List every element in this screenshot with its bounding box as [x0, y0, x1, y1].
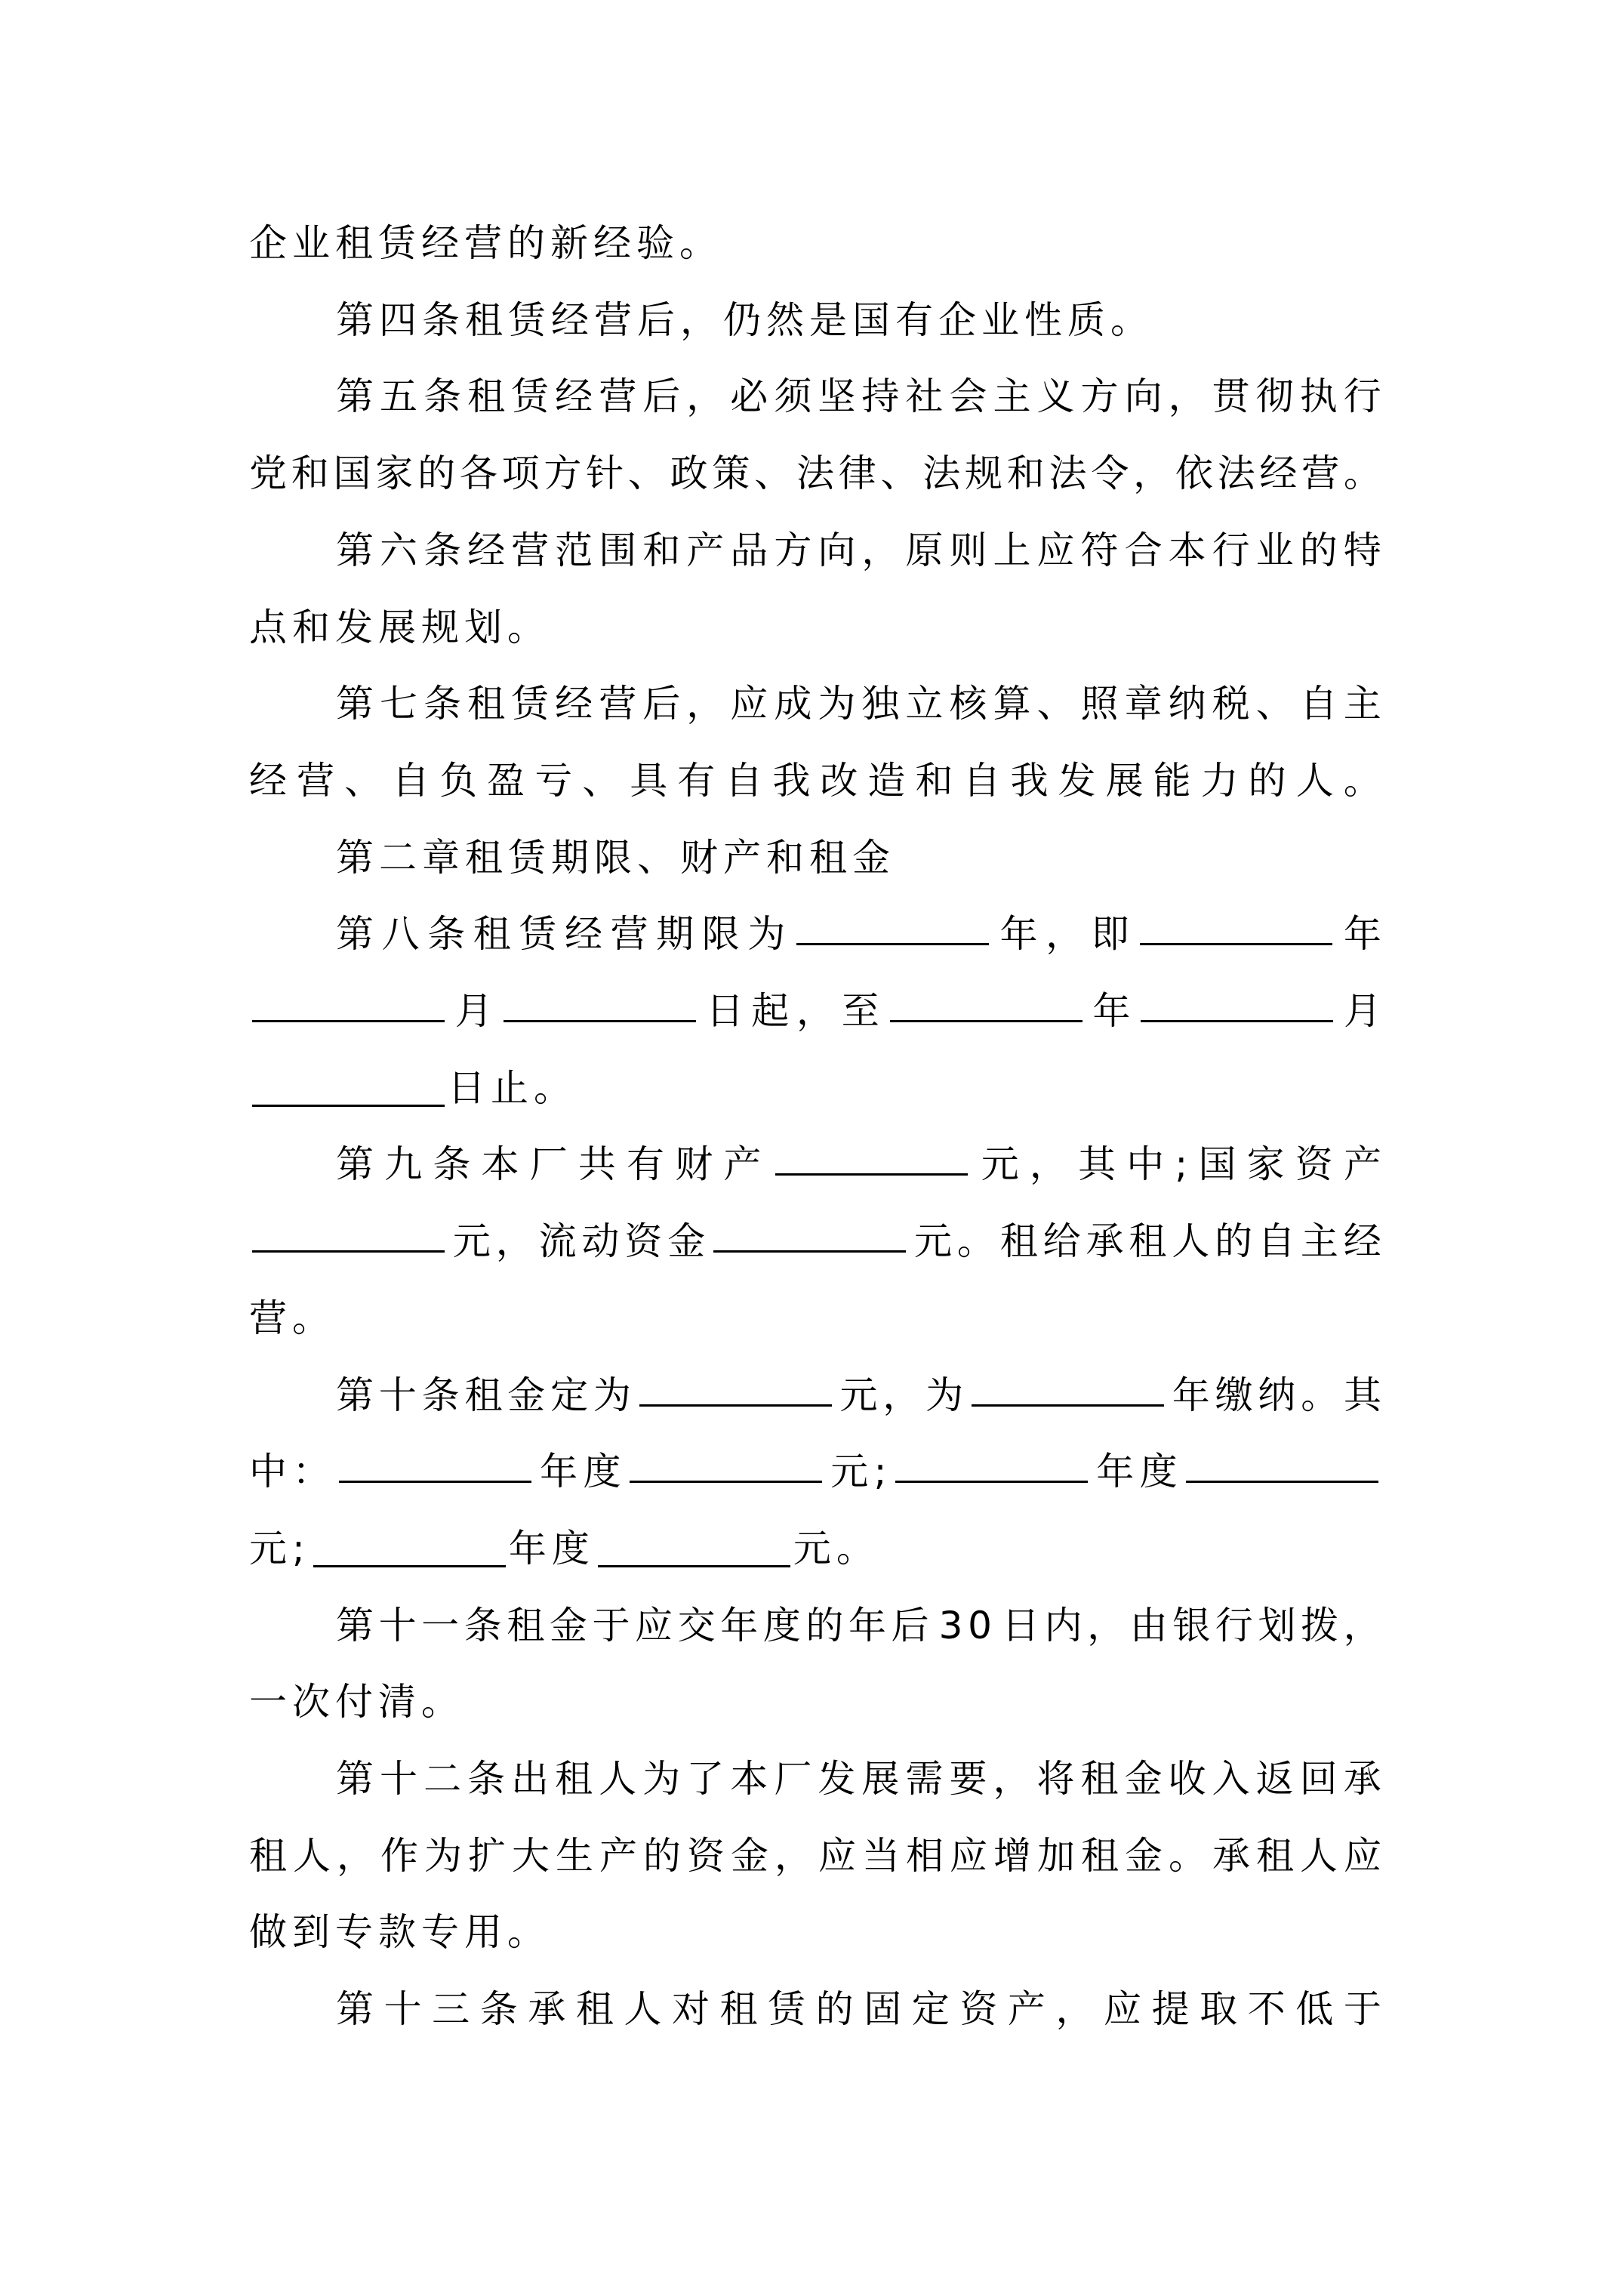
- text-char: 月: [1344, 981, 1381, 1041]
- fill-in-blank: [339, 1441, 531, 1483]
- text-char: ，: [1087, 1595, 1125, 1656]
- text-char: 二: [423, 1749, 461, 1809]
- text-char: 资: [1295, 1134, 1333, 1194]
- text-char: 十: [384, 1979, 422, 2039]
- text-char: 为: [593, 1365, 631, 1425]
- text-char: 应: [818, 1826, 856, 1886]
- text-char: 则: [949, 520, 987, 581]
- text-char: ，: [686, 673, 724, 734]
- text-char: 租: [1256, 1826, 1294, 1886]
- text-char: 金: [550, 1595, 587, 1656]
- text-char: 十: [380, 1749, 417, 1809]
- text-char: 月: [455, 981, 493, 1041]
- text-char: 人: [624, 1979, 661, 2039]
- text-char: 出: [511, 1749, 549, 1809]
- text-char: 缴: [1215, 1365, 1253, 1425]
- text-char: 由: [1130, 1595, 1168, 1656]
- text-char: 要: [949, 1749, 987, 1809]
- text-char: ，: [1030, 1134, 1067, 1194]
- text-char: 共: [578, 1134, 616, 1194]
- text-char: 其: [1078, 1134, 1116, 1194]
- text-line: 第八条租赁经营期限为年，即年: [249, 904, 1381, 964]
- text-line: 第七条租赁经营后，应成为独立核算、照章纳税、自主: [249, 673, 1381, 734]
- text-char: 金: [667, 1211, 705, 1271]
- text-char: 条: [422, 1365, 460, 1425]
- text-char: 年: [1096, 1441, 1134, 1502]
- text-char: 后: [892, 1595, 929, 1656]
- text-char: 条: [433, 1134, 470, 1194]
- text-char: 各: [460, 443, 497, 504]
- text-char: 特: [1344, 520, 1381, 581]
- text-char: ;: [1175, 1134, 1187, 1194]
- text-char: 租: [1000, 1211, 1038, 1271]
- text-char: 和: [642, 520, 680, 581]
- text-char: 元: [840, 1365, 878, 1425]
- text-char: ，: [1046, 904, 1083, 964]
- text-char: 策: [712, 443, 750, 504]
- text-char: 政: [670, 443, 708, 504]
- text-char: 营: [511, 520, 549, 581]
- text-char: 人: [1296, 750, 1334, 811]
- text-char: 原: [905, 520, 943, 581]
- text-segment: 元;: [249, 1518, 310, 1579]
- text-char: 财: [675, 1134, 713, 1194]
- text-char: 内: [1045, 1595, 1083, 1656]
- text-segment: 日止。: [448, 1058, 577, 1118]
- text-char: 品: [730, 520, 768, 581]
- text-char: 了: [686, 1749, 724, 1809]
- text-char: 。: [1169, 1826, 1206, 1886]
- text-char: 于: [1344, 1979, 1381, 2039]
- text-char: 至: [842, 981, 879, 1041]
- fill-in-blank: [252, 1065, 445, 1107]
- text-line: 第十二条出租人为了本厂发展需要，将租金收入返回承: [249, 1749, 1381, 1809]
- text-char: 资: [624, 1211, 662, 1271]
- fill-in-blank: [630, 1441, 822, 1483]
- text-segment: 一次付清。: [249, 1672, 464, 1732]
- text-char: 资: [959, 1979, 997, 2039]
- text-char: 第: [336, 673, 374, 734]
- text-char: 不: [1248, 1979, 1286, 2039]
- text-char: 必: [730, 366, 768, 427]
- text-char: 回: [1300, 1749, 1338, 1809]
- text-char: 租: [1129, 1211, 1166, 1271]
- text-char: 租: [467, 673, 505, 734]
- text-char: 租: [464, 1365, 502, 1425]
- text-char: 产: [723, 1134, 761, 1194]
- text-char: 产: [1008, 1979, 1046, 2039]
- text-char: 为: [424, 1826, 462, 1886]
- text-segment: 第二章租赁期限、财产和租金: [336, 827, 895, 888]
- text-char: 作: [380, 1826, 418, 1886]
- text-char: 法: [922, 443, 960, 504]
- text-char: 租: [555, 1749, 593, 1809]
- fill-in-blank: [252, 1211, 445, 1253]
- text-char: 发: [818, 1749, 855, 1809]
- text-char: 赁: [519, 904, 556, 964]
- text-char: 自: [1258, 1211, 1295, 1271]
- text-char: 九: [384, 1134, 422, 1194]
- text-char: 条: [423, 673, 461, 734]
- text-char: 应: [1104, 1979, 1141, 2039]
- text-char: 定: [912, 1979, 950, 2039]
- text-char: 会: [949, 366, 987, 427]
- text-char: 厂: [774, 1749, 811, 1809]
- text-char: 营: [599, 366, 636, 427]
- text-char: 日: [706, 981, 744, 1041]
- text-char: 第: [336, 520, 374, 581]
- text-char: 租: [576, 1979, 614, 2039]
- text-char: 经: [1344, 1211, 1381, 1271]
- fill-in-blank: [713, 1211, 906, 1253]
- text-char: 社: [905, 366, 943, 427]
- text-char: 于: [592, 1595, 630, 1656]
- text-char: 为: [642, 1749, 680, 1809]
- document-page: 企业租赁经营的新经验。第四条租赁经营后，仍然是国有企业性质。第五条租赁经营后，必…: [0, 0, 1623, 2296]
- text-char: 相: [906, 1826, 944, 1886]
- text-char: 度: [763, 1595, 801, 1656]
- text-char: 产: [599, 1826, 637, 1886]
- text-char: 年: [1344, 904, 1381, 964]
- text-char: 、: [344, 750, 382, 811]
- text-char: 自: [962, 750, 1000, 811]
- text-char: 即: [1092, 904, 1129, 964]
- text-char: 。: [1344, 443, 1381, 504]
- text-line: 第二章租赁期限、财产和租金: [249, 827, 1381, 888]
- text-char: 第: [336, 1979, 374, 2039]
- text-char: 持: [861, 366, 899, 427]
- fill-in-blank: [1186, 1441, 1378, 1483]
- text-char: 成: [774, 673, 811, 734]
- text-char: 交: [678, 1595, 716, 1656]
- text-char: 亏: [534, 750, 572, 811]
- text-char: 拨: [1301, 1595, 1338, 1656]
- text-char: 承: [1086, 1211, 1124, 1271]
- text-char: 本: [482, 1134, 519, 1194]
- text-char: 须: [774, 366, 811, 427]
- text-char: 第: [336, 1134, 374, 1194]
- text-char: 方: [774, 520, 811, 581]
- text-char: 主: [1344, 673, 1381, 734]
- text-line: 中：年度元;年度: [249, 1441, 1381, 1502]
- text-char: 定: [550, 1365, 588, 1425]
- text-char: 十: [379, 1365, 417, 1425]
- text-char: 营: [611, 904, 648, 964]
- text-char: 后: [642, 366, 680, 427]
- text-char: 年: [848, 1595, 886, 1656]
- text-char: 租: [1081, 1826, 1119, 1886]
- text-char: 。: [1301, 1365, 1338, 1425]
- text-char: 日: [1002, 1595, 1039, 1656]
- text-char: 扩: [468, 1826, 506, 1886]
- text-char: 3: [939, 1595, 963, 1656]
- text-char: 租: [467, 366, 505, 427]
- text-char: 法: [796, 443, 834, 504]
- text-line: 企业租赁经营的新经验。: [249, 213, 1381, 273]
- text-char: 加: [1037, 1826, 1075, 1886]
- text-char: 返: [1256, 1749, 1294, 1809]
- text-char: 第: [336, 1595, 374, 1656]
- text-char: 产: [1344, 1134, 1381, 1194]
- text-char: 三: [432, 1979, 470, 2039]
- text-char: 的: [805, 1595, 843, 1656]
- text-line: 第十条租金定为元，为年缴纳。其: [249, 1365, 1381, 1425]
- text-char: 提: [1152, 1979, 1190, 2039]
- text-char: 、: [880, 443, 918, 504]
- text-char: ，: [861, 520, 899, 581]
- text-char: 纳: [1258, 1365, 1295, 1425]
- text-char: 依: [1175, 443, 1213, 504]
- text-char: 资: [687, 1826, 725, 1886]
- text-char: 0: [968, 1595, 992, 1656]
- text-char: 营: [1301, 443, 1339, 504]
- text-line: 点和发展规划。: [249, 597, 1381, 658]
- text-char: 国: [334, 443, 371, 504]
- fill-in-blank: [972, 1365, 1164, 1407]
- text-char: ，: [1055, 1979, 1093, 2039]
- text-char: 、: [582, 750, 620, 811]
- text-char: ：: [292, 1441, 330, 1502]
- text-char: 八: [382, 904, 420, 964]
- text-char: 我: [772, 750, 810, 811]
- text-char: 起: [751, 981, 789, 1041]
- text-line: 经营、自负盈亏、具有自我改造和自我发展能力的人。: [249, 750, 1381, 811]
- text-char: 、: [1037, 673, 1075, 734]
- text-char: 金: [507, 1365, 545, 1425]
- text-char: 人: [1300, 1826, 1338, 1886]
- text-char: 经: [249, 750, 287, 811]
- text-char: 年: [1000, 904, 1038, 964]
- text-char: 金: [1125, 1749, 1163, 1809]
- text-char: 租: [473, 904, 511, 964]
- text-char: 章: [1125, 673, 1163, 734]
- text-char: 符: [1081, 520, 1119, 581]
- text-char: 经: [555, 366, 593, 427]
- text-char: 和: [915, 750, 953, 811]
- text-char: ;: [874, 1441, 887, 1502]
- text-char: 立: [905, 673, 943, 734]
- text-char: 流: [539, 1211, 577, 1271]
- fill-in-blank: [639, 1365, 832, 1407]
- text-char: 能: [1153, 750, 1191, 811]
- text-char: ，: [1344, 1595, 1381, 1656]
- text-char: 人: [1172, 1211, 1209, 1271]
- text-line: 党和国家的各项方针、政策、法律、法规和法令，依法经营。: [249, 443, 1381, 504]
- text-char: 党: [249, 443, 287, 504]
- text-char: 业: [1256, 520, 1294, 581]
- text-char: 执: [1300, 366, 1338, 427]
- text-char: 后: [642, 673, 680, 734]
- text-line: 元，流动资金元。租给承租人的自主经: [249, 1211, 1381, 1271]
- text-char: 税: [1212, 673, 1250, 734]
- text-char: 力: [1201, 750, 1239, 811]
- text-char: 第: [336, 904, 374, 964]
- text-char: 厂: [530, 1134, 568, 1194]
- text-char: 元: [453, 1211, 491, 1271]
- text-char: 生: [556, 1826, 593, 1886]
- text-char: 的: [1215, 1211, 1252, 1271]
- text-char: ，: [496, 1211, 534, 1271]
- text-char: 行: [1344, 366, 1381, 427]
- text-char: 条: [423, 366, 461, 427]
- text-char: 将: [1037, 1749, 1075, 1809]
- text-char: 经: [555, 673, 593, 734]
- text-char: 条: [427, 904, 465, 964]
- text-char: 本: [730, 1749, 768, 1809]
- text-char: 、: [754, 443, 792, 504]
- text-char: 展: [861, 1749, 899, 1809]
- text-char: 七: [380, 673, 417, 734]
- text-char: 和: [1007, 443, 1045, 504]
- text-char: 应: [1344, 1826, 1381, 1886]
- text-char: 法: [1049, 443, 1087, 504]
- text-char: 五: [380, 366, 417, 427]
- text-char: 人: [293, 1826, 331, 1886]
- text-char: 银: [1172, 1595, 1210, 1656]
- text-char: 律: [839, 443, 876, 504]
- text-char: 主: [993, 366, 1030, 427]
- text-char: 范: [555, 520, 593, 581]
- fill-in-blank: [598, 1526, 790, 1567]
- text-char: 元: [830, 1441, 868, 1502]
- text-char: 承: [1212, 1826, 1250, 1886]
- text-char: 六: [380, 520, 417, 581]
- text-line: 月日起，至年月: [249, 981, 1381, 1041]
- text-char: 照: [1081, 673, 1119, 734]
- text-char: 对: [672, 1979, 710, 2039]
- text-char: 条: [480, 1979, 518, 2039]
- text-char: 项: [502, 443, 540, 504]
- text-char: 期: [656, 904, 694, 964]
- text-line: 第十一条租金于应交年度的年后 30 日内，由银行划拨，: [249, 1595, 1381, 1656]
- text-char: 行: [1212, 520, 1250, 581]
- text-char: 令: [1091, 443, 1129, 504]
- text-char: 第: [336, 1365, 374, 1425]
- text-char: 。: [957, 1211, 995, 1271]
- text-char: 承: [528, 1979, 565, 2039]
- text-char: 为: [818, 673, 855, 734]
- text-char: 向: [818, 520, 855, 581]
- text-char: 有: [627, 1134, 664, 1194]
- text-line: 第五条租赁经营后，必须坚持社会主义方向，贯彻执行: [249, 366, 1381, 427]
- text-char: 取: [1200, 1979, 1237, 2039]
- text-char: 需: [905, 1749, 943, 1809]
- text-char: 当: [862, 1826, 900, 1886]
- text-char: 一: [421, 1595, 459, 1656]
- text-char: 条: [467, 1749, 505, 1809]
- text-char: 营: [599, 673, 636, 734]
- fill-in-blank: [775, 1134, 968, 1176]
- text-char: 年: [1172, 1365, 1210, 1425]
- text-char: 发: [1058, 750, 1096, 811]
- text-char: 划: [1258, 1595, 1296, 1656]
- text-char: 中: [249, 1441, 287, 1502]
- text-char: 规: [965, 443, 1002, 504]
- text-line: 第十三条承租人对租赁的固定资产，应提取不低于: [249, 1979, 1381, 2039]
- text-char: 自: [392, 750, 430, 811]
- text-char: 赁: [768, 1979, 805, 2039]
- fill-in-blank: [895, 1441, 1088, 1483]
- text-char: 的: [417, 443, 455, 504]
- text-char: 独: [861, 673, 899, 734]
- text-char: 十: [379, 1595, 417, 1656]
- text-char: 的: [1249, 750, 1286, 811]
- fill-in-blank: [796, 904, 989, 945]
- text-segment: 元。: [793, 1518, 879, 1579]
- text-char: 的: [643, 1826, 681, 1886]
- text-char: 金: [731, 1826, 768, 1886]
- text-char: ，: [796, 981, 834, 1041]
- fill-in-blank: [890, 981, 1083, 1022]
- text-char: 的: [1300, 520, 1338, 581]
- text-line: 做到专款专用。: [249, 1902, 1381, 1962]
- text-char: 赁: [511, 366, 549, 427]
- text-segment: 营。: [249, 1288, 335, 1348]
- text-char: 。: [1344, 750, 1381, 811]
- text-char: 算: [993, 673, 1030, 734]
- text-char: 盈: [487, 750, 525, 811]
- text-segment: 点和发展规划。: [249, 597, 550, 658]
- text-char: 其: [1344, 1365, 1381, 1425]
- fill-in-blank: [504, 981, 696, 1022]
- text-line: 第六条经营范围和产品方向，原则上应符合本行业的特: [249, 520, 1381, 581]
- text-char: 租: [249, 1826, 287, 1886]
- text-char: ，: [993, 1749, 1030, 1809]
- text-char: 坚: [818, 366, 855, 427]
- text-char: 应: [1037, 520, 1075, 581]
- text-char: 的: [816, 1979, 854, 2039]
- text-char: 围: [599, 520, 636, 581]
- text-char: 应: [635, 1595, 673, 1656]
- text-char: 方: [544, 443, 581, 504]
- text-char: 方: [1081, 366, 1119, 427]
- fill-in-blank: [252, 981, 445, 1022]
- text-char: 义: [1037, 366, 1075, 427]
- text-char: 上: [993, 520, 1030, 581]
- text-line: 第四条租赁经营后，仍然是国有企业性质。: [249, 290, 1381, 350]
- text-char: ，: [775, 1826, 812, 1886]
- text-char: 经: [467, 520, 505, 581]
- text-char: 租: [720, 1979, 758, 2039]
- text-char: 具: [630, 750, 667, 811]
- text-char: 年: [720, 1595, 758, 1656]
- text-line: 营。: [249, 1288, 1381, 1348]
- text-char: 国: [1198, 1134, 1236, 1194]
- text-char: 向: [1125, 366, 1163, 427]
- text-char: 度: [584, 1441, 621, 1502]
- fill-in-blank: [313, 1526, 506, 1567]
- text-char: 、: [628, 443, 666, 504]
- text-char: 家: [375, 443, 413, 504]
- text-char: 我: [1011, 750, 1049, 811]
- text-char: 动: [582, 1211, 620, 1271]
- fill-in-blank: [1141, 981, 1333, 1022]
- text-line: 一次付清。: [249, 1672, 1381, 1732]
- text-char: 金: [1125, 1826, 1163, 1886]
- text-char: 第: [336, 1749, 374, 1809]
- text-char: 为: [747, 904, 785, 964]
- text-char: 产: [686, 520, 724, 581]
- text-char: 主: [1301, 1211, 1338, 1271]
- text-char: 经: [1259, 443, 1297, 504]
- text-char: 法: [1218, 443, 1255, 504]
- text-char: 自: [1300, 673, 1338, 734]
- text-segment: 企业租赁经营的新经验。: [249, 213, 722, 273]
- text-char: 赁: [511, 673, 549, 734]
- text-char: 增: [993, 1826, 1031, 1886]
- text-char: 年: [1092, 981, 1130, 1041]
- text-char: ，: [1169, 366, 1206, 427]
